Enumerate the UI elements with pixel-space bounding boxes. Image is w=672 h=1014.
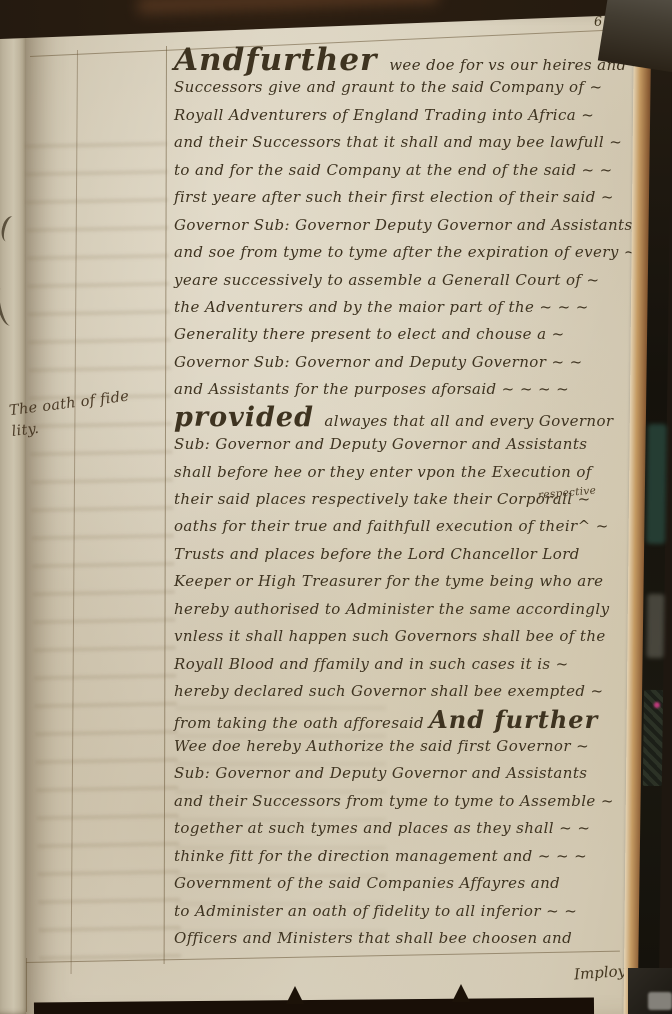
manuscript-line: to and for the said Company at the end o… — [174, 157, 656, 184]
manuscript-line: vnless it shall happen such Governors sh… — [174, 623, 656, 650]
line-text: Sub: Governor and Deputy Governor and As… — [174, 435, 587, 453]
line-text: vnless it shall happen such Governors sh… — [174, 627, 606, 645]
manuscript-line: yeare successively to assemble a General… — [174, 267, 656, 294]
line-text: Successors give and graunt to the said C… — [174, 78, 602, 96]
heading-word: And further — [429, 705, 598, 734]
heading-word: Andfurther — [174, 42, 389, 78]
manuscript-line: and their Successors from tyme to tyme t… — [174, 788, 656, 815]
line-text: to Administer an oath of fidelity to all… — [174, 902, 577, 920]
book-cover-edge — [138, 0, 438, 14]
line-text: hereby authorised to Administer the same… — [174, 600, 609, 618]
manuscript-line: hereby declared such Governor shall bee … — [174, 678, 656, 705]
manuscript-photograph: 67 The oath of fide lity. Andfurther wee… — [0, 0, 672, 1014]
manuscript-line: Trusts and places before the Lord Chance… — [174, 541, 656, 568]
manuscript-line: Governor Sub: Governor and Deputy Govern… — [174, 349, 656, 376]
line-text: and Assistants for the purposes aforsaid… — [174, 380, 569, 398]
line-text: Royall Adventurers of England Trading in… — [174, 106, 594, 124]
line-text: and soe from tyme to tyme after the expi… — [174, 243, 637, 261]
manuscript-line: and soe from tyme to tyme after the expi… — [174, 239, 656, 266]
manuscript-line: Andfurther wee doe for vs our heires and… — [174, 47, 656, 74]
manuscript-line: shall before hee or they enter vpon the … — [174, 459, 656, 486]
manuscript-line: hereby authorised to Administer the same… — [174, 596, 656, 623]
bleedthrough-ghost-text — [25, 133, 181, 963]
manuscript-line: oaths for their true and faithfull execu… — [174, 513, 656, 540]
line-text: Wee doe hereby Authorize the said first … — [174, 737, 589, 755]
line-text: the Adventurers and by the maior part of… — [174, 298, 589, 316]
line-text: hereby declared such Governor shall bee … — [174, 682, 604, 700]
manuscript-text-block: Andfurther wee doe for vs our heires and… — [174, 47, 656, 952]
line-text: shall before hee or they enter vpon the … — [174, 463, 592, 481]
manuscript-line: the Adventurers and by the maior part of… — [174, 294, 656, 321]
ruled-line-outer — [26, 958, 27, 1012]
clamp-shadow — [286, 986, 304, 1004]
background-speck-magenta — [654, 702, 660, 708]
manuscript-line: Keeper or High Treasurer for the tyme be… — [174, 568, 656, 595]
background-object-grey — [647, 594, 665, 658]
manuscript-line: to Administer an oath of fidelity to all… — [174, 898, 656, 925]
manuscript-line: from taking the oath afforesaid And furt… — [174, 706, 656, 733]
background-object-grey-small — [648, 992, 672, 1010]
line-text: Governor Sub: Governor Deputy Governor a… — [174, 216, 633, 234]
line-text: together at such tymes and places as the… — [174, 819, 590, 837]
manuscript-line: Officers and Ministers that shall bee ch… — [174, 925, 656, 952]
manuscript-page: 67 The oath of fide lity. Andfurther wee… — [26, 6, 656, 1014]
manuscript-line: together at such tymes and places as the… — [174, 815, 656, 842]
page-edge-ink-mark — [0, 214, 21, 243]
line-text: and their Successors from tyme to tyme t… — [174, 792, 614, 810]
line-text: Government of the said Companies Affayre… — [174, 874, 560, 892]
line-text: Generality there present to elect and ch… — [174, 325, 565, 343]
manuscript-line: and their Successors that it shall and m… — [174, 129, 656, 156]
manuscript-line: Generality there present to elect and ch… — [174, 321, 656, 348]
manuscript-line: Government of the said Companies Affayre… — [174, 870, 656, 897]
line-text: yeare successively to assemble a General… — [174, 271, 599, 289]
line-text: their said places respectively take thei… — [174, 490, 591, 508]
line-text: Governor Sub: Governor and Deputy Govern… — [174, 353, 583, 371]
manuscript-line: provided alwayes that all and every Gove… — [174, 404, 656, 431]
manuscript-line: and Assistants for the purposes aforsaid… — [174, 376, 656, 403]
manuscript-line: first yeare after such their first elect… — [174, 184, 656, 211]
manuscript-line: thinke fitt for the direction management… — [174, 843, 656, 870]
manuscript-line: Royall Adventurers of England Trading in… — [174, 102, 656, 129]
line-text: Trusts and places before the Lord Chance… — [174, 545, 580, 563]
manuscript-line: Wee doe hereby Authorize the said first … — [174, 733, 656, 760]
line-text: Royall Blood and ffamily and in such cas… — [174, 655, 569, 673]
line-text: oaths for their true and faithfull execu… — [174, 517, 609, 535]
manuscript-line: Successors give and graunt to the said C… — [174, 74, 656, 101]
clamp-shadow — [452, 984, 470, 1002]
line-text: Sub: Governor and Deputy Governor and As… — [174, 764, 587, 782]
manuscript-line: Royall Blood and ffamily and in such cas… — [174, 651, 656, 678]
line-text: Officers and Ministers that shall bee ch… — [174, 929, 572, 947]
heading-word: provided — [174, 402, 324, 433]
manuscript-line: Sub: Governor and Deputy Governor and As… — [174, 760, 656, 787]
line-text: first yeare after such their first elect… — [174, 188, 614, 206]
manuscript-line: Governor Sub: Governor Deputy Governor a… — [174, 212, 656, 239]
line-text: from taking the oath afforesaid — [174, 714, 429, 732]
line-text: alwayes that all and every Governor — [324, 412, 613, 430]
page-edge-ink-mark — [0, 287, 17, 327]
manuscript-line: Sub: Governor and Deputy Governor and As… — [174, 431, 656, 458]
line-text: and their Successors that it shall and m… — [174, 133, 622, 151]
background-bottom-right — [628, 968, 672, 1014]
line-text: Keeper or High Treasurer for the tyme be… — [174, 572, 603, 590]
line-text: to and for the said Company at the end o… — [174, 161, 613, 179]
line-text: thinke fitt for the direction management… — [174, 847, 587, 865]
background-object-teal — [646, 424, 667, 544]
